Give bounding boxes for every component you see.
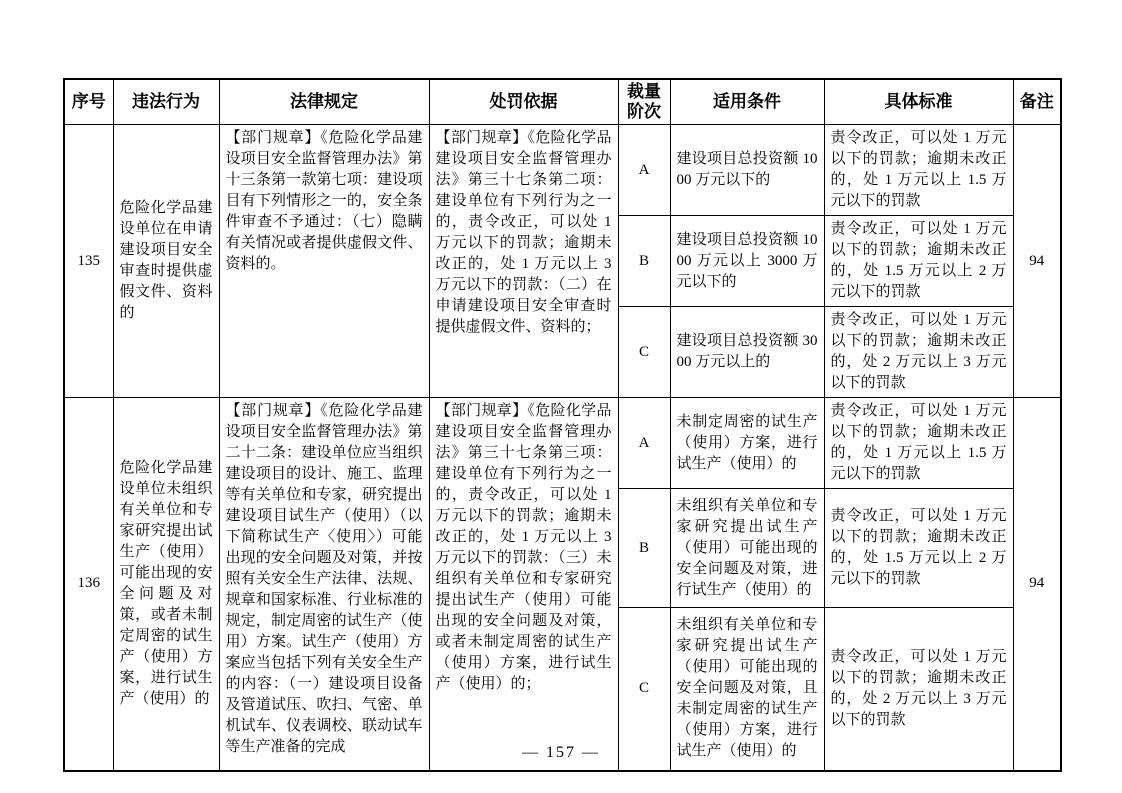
cell-standard-135-c: 责令改正，可以处 1 万元以下的罚款；逾期未改正的，处 2 万元以上 3 万元以… <box>824 307 1013 398</box>
cell-tier-135-a: A <box>618 125 670 216</box>
table-row-136-tier-a: 136 危险化学品建设单位未组织有关单位和专家研究提出试生产（使用）可能出现的安… <box>64 398 1061 489</box>
header-remark: 备注 <box>1013 79 1061 125</box>
table-header-row: 序号 违法行为 法律规定 处罚依据 裁量阶次 适用条件 具体标准 备注 <box>64 79 1061 125</box>
cell-tier-135-b: B <box>618 216 670 307</box>
cell-standard-135-a: 责令改正，可以处 1 万元以下的罚款；逾期未改正的，处 1 万元以上 1.5 万… <box>824 125 1013 216</box>
cell-seq-136: 136 <box>64 398 113 771</box>
cell-violation-135: 危险化学品建设单位在申请建设项目安全审查时提供虚假文件、资料的 <box>113 125 219 398</box>
page-number: — 157 — <box>0 744 1122 762</box>
header-violation: 违法行为 <box>113 79 219 125</box>
cell-tier-136-a: A <box>618 398 670 489</box>
document-page: 序号 违法行为 法律规定 处罚依据 裁量阶次 适用条件 具体标准 备注 135 … <box>0 0 1122 793</box>
header-discretion-tier: 裁量阶次 <box>618 79 670 125</box>
cell-tier-136-b: B <box>618 489 670 608</box>
cell-standard-135-b: 责令改正，可以处 1 万元以下的罚款；逾期未改正的，处 1.5 万元以上 2 万… <box>824 216 1013 307</box>
header-applicable-condition: 适用条件 <box>670 79 824 125</box>
header-penalty-basis: 处罚依据 <box>429 79 618 125</box>
cell-condition-136-b: 未组织有关单位和专家研究提出试生产（使用）可能出现的安全问题及对策，进行试生产（… <box>670 489 824 608</box>
header-seq: 序号 <box>64 79 113 125</box>
cell-condition-136-a: 未制定周密的试生产（使用）方案，进行试生产（使用）的 <box>670 398 824 489</box>
cell-tier-135-c: C <box>618 307 670 398</box>
header-legal-provision: 法律规定 <box>219 79 429 125</box>
cell-legal-provision-135: 【部门规章】《危险化学品建设项目安全监督管理办法》第十三条第一款第七项：建设项目… <box>219 125 429 398</box>
cell-standard-136-b: 责令改正，可以处 1 万元以下的罚款；逾期未改正的，处 1.5 万元以上 2 万… <box>824 489 1013 608</box>
table-row-135-tier-a: 135 危险化学品建设单位在申请建设项目安全审查时提供虚假文件、资料的 【部门规… <box>64 125 1061 216</box>
cell-penalty-basis-136: 【部门规章】《危险化学品建设项目安全监督管理办法》第三十七条第三项：建设单位有下… <box>429 398 618 771</box>
header-specific-standard: 具体标准 <box>824 79 1013 125</box>
cell-remark-135: 94 <box>1013 125 1061 398</box>
cell-standard-136-a: 责令改正，可以处 1 万元以下的罚款；逾期未改正的，处 1 万元以上 1.5 万… <box>824 398 1013 489</box>
cell-legal-provision-136: 【部门规章】《危险化学品建设项目安全监督管理办法》第二十二条：建设单位应当组织建… <box>219 398 429 771</box>
cell-condition-135-a: 建设项目总投资额 1000 万元以下的 <box>670 125 824 216</box>
cell-penalty-basis-135: 【部门规章】《危险化学品建设项目安全监督管理办法》第三十七条第二项：建设单位有下… <box>429 125 618 398</box>
cell-condition-135-b: 建设项目总投资额 1000 万元以上 3000 万元以下的 <box>670 216 824 307</box>
cell-condition-135-c: 建设项目总投资额 3000 万元以上的 <box>670 307 824 398</box>
penalty-discretion-table: 序号 违法行为 法律规定 处罚依据 裁量阶次 适用条件 具体标准 备注 135 … <box>63 78 1062 772</box>
cell-violation-136: 危险化学品建设单位未组织有关单位和专家研究提出试生产（使用）可能出现的安全问题及… <box>113 398 219 771</box>
cell-seq-135: 135 <box>64 125 113 398</box>
cell-remark-136: 94 <box>1013 398 1061 771</box>
